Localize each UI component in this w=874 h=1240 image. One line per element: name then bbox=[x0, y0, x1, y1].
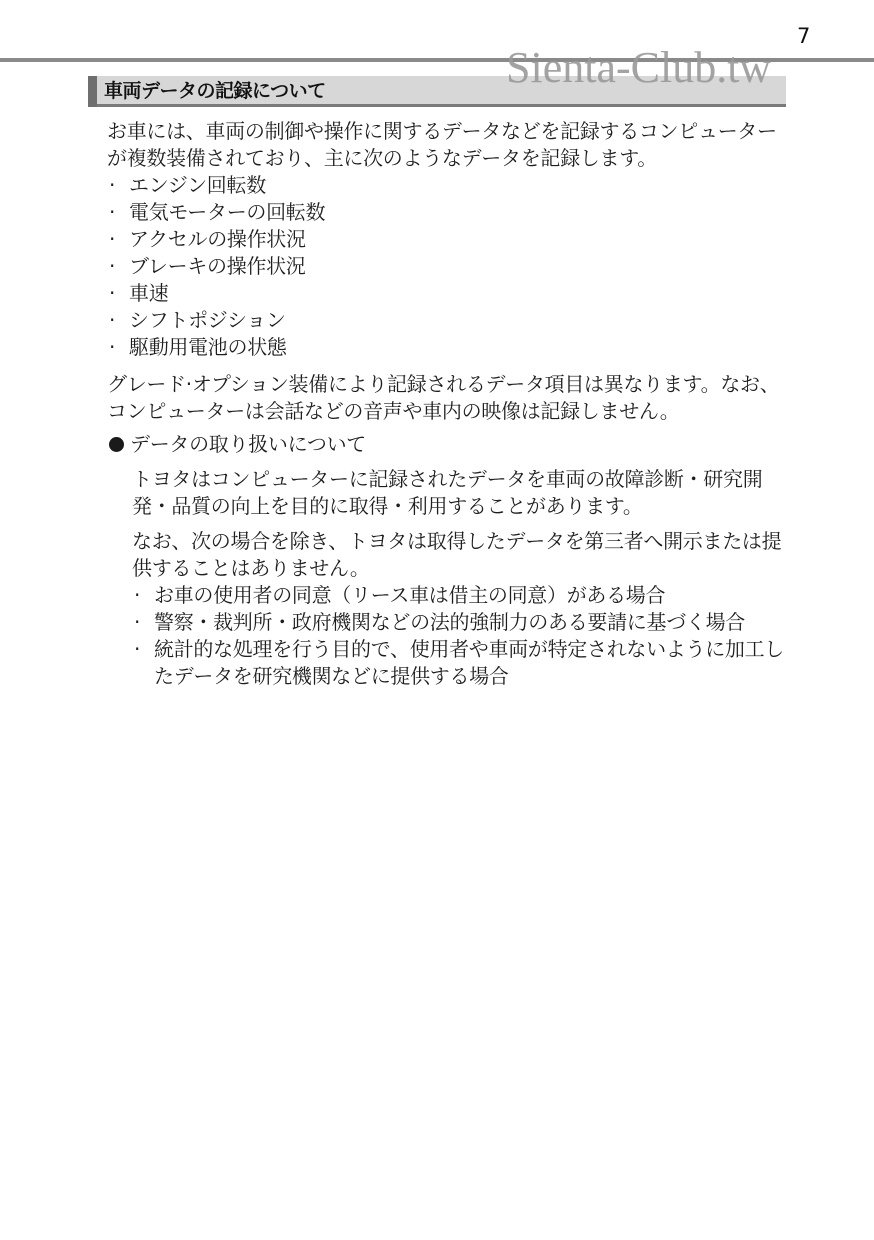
recorded-data-list: ·エンジン回転数 ·電気モーターの回転数 ·アクセルの操作状況 ·ブレーキの操作… bbox=[107, 172, 787, 361]
list-marker: · bbox=[109, 226, 115, 253]
list-marker: · bbox=[109, 199, 115, 226]
list-item: ·車速 bbox=[107, 280, 787, 307]
list-item: ·駆動用電池の状態 bbox=[107, 334, 787, 361]
list-item: ·シフトポジション bbox=[107, 307, 787, 334]
list-marker: · bbox=[109, 280, 115, 307]
page-number: 7 bbox=[797, 24, 810, 48]
list-item: ·電気モーターの回転数 bbox=[107, 199, 787, 226]
section-title: 車両データの記録について bbox=[104, 79, 326, 103]
list-item: ·ブレーキの操作状況 bbox=[107, 253, 787, 280]
watermark: Sienta-Club.tw bbox=[506, 46, 771, 90]
disclosure-paragraph: なお、次の場合を除き、トヨタは取得したデータを第三者へ開示または提供することはあ… bbox=[132, 528, 787, 582]
list-item: ·お車の使用者の同意（リース車は借主の同意）がある場合 bbox=[132, 582, 787, 609]
intro-paragraph: お車には、車両の制御や操作に関するデータなどを記録するコンピューターが複数装備さ… bbox=[107, 118, 787, 172]
list-marker: · bbox=[109, 307, 115, 334]
data-usage-paragraph: トヨタはコンピューターに記録されたデータを車両の故障診断・研究開発・品質の向上を… bbox=[132, 466, 787, 520]
note-paragraph: グレード·オプション装備により記録されるデータ項目は異なります。なお、コンピュー… bbox=[107, 371, 787, 425]
list-item: ·アクセルの操作状況 bbox=[107, 226, 787, 253]
list-item: ·エンジン回転数 bbox=[107, 172, 787, 199]
list-marker: · bbox=[109, 172, 115, 199]
section-body: お車には、車両の制御や操作に関するデータなどを記録するコンピューターが複数装備さ… bbox=[107, 118, 787, 690]
list-marker: · bbox=[134, 636, 140, 663]
subsection-title: データの取り扱いについて bbox=[130, 432, 366, 456]
list-marker: · bbox=[109, 334, 115, 361]
list-item: ·統計的な処理を行う目的で、使用者や車両が特定されないように加工したデータを研究… bbox=[132, 636, 787, 690]
subsection-heading: データの取り扱いについて bbox=[107, 431, 787, 458]
list-item: ·警察・裁判所・政府機関などの法的強制力のある要請に基づく場合 bbox=[132, 609, 787, 636]
list-marker: · bbox=[134, 582, 140, 609]
list-marker: · bbox=[109, 253, 115, 280]
subsection-body: トヨタはコンピューターに記録されたデータを車両の故障診断・研究開発・品質の向上を… bbox=[107, 466, 787, 690]
heading-accent-bar bbox=[88, 76, 97, 107]
filled-circle-bullet-icon bbox=[109, 437, 124, 452]
list-marker: · bbox=[134, 609, 140, 636]
exceptions-list: ·お車の使用者の同意（リース車は借主の同意）がある場合 ·警察・裁判所・政府機関… bbox=[132, 582, 787, 690]
